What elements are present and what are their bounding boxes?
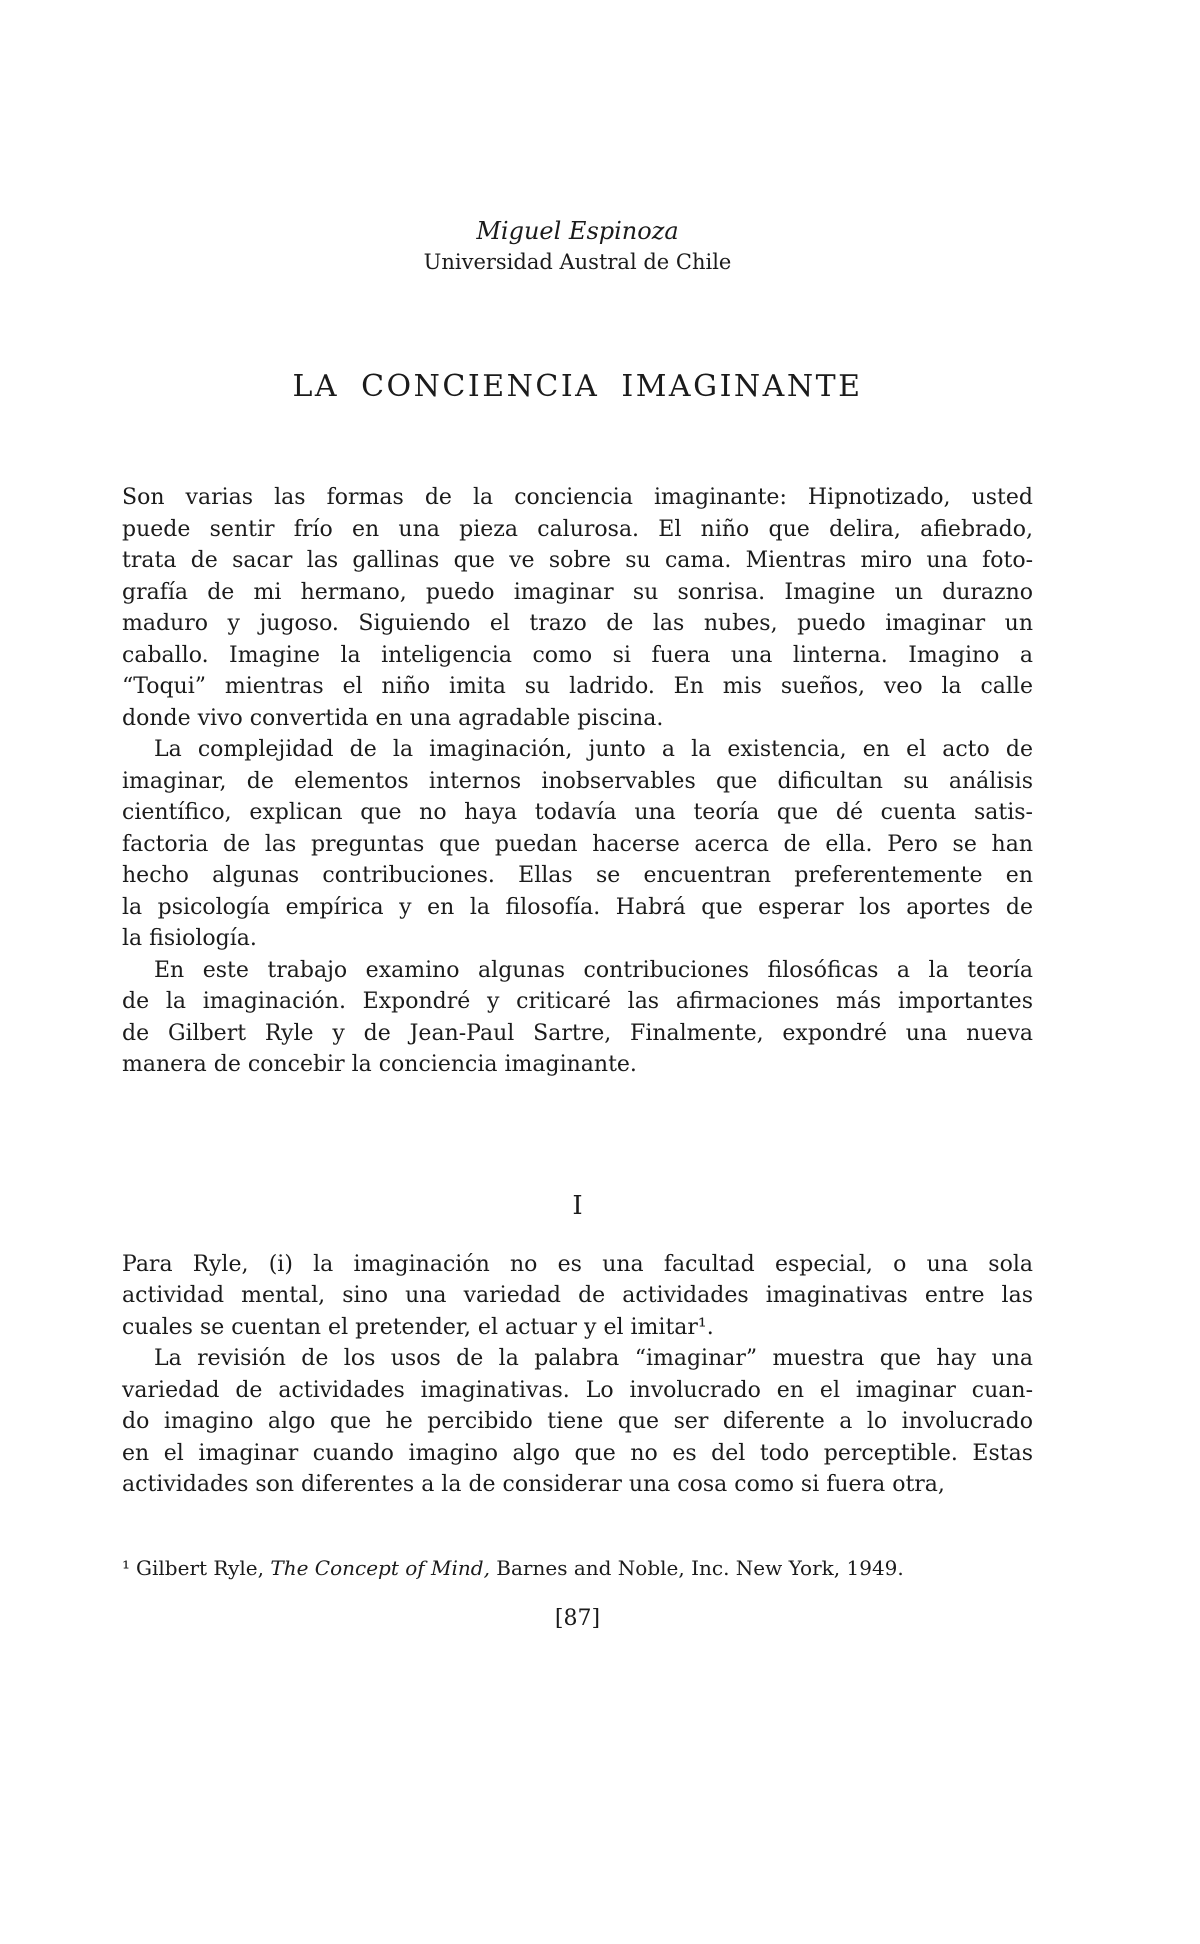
text-column: Miguel Espinoza Universidad Austral de C…: [122, 0, 1033, 1633]
footnote-book-title: The Concept of Mind,: [270, 1556, 490, 1580]
text-line: Para Ryle, (i) la imaginación no es una …: [122, 1249, 1033, 1281]
page-number: [87]: [122, 1605, 1033, 1633]
text-line: científico, explican que no haya todavía…: [122, 797, 1033, 829]
text-line: do imagino algo que he percibido tiene q…: [122, 1406, 1033, 1438]
text-line: donde vivo convertida en una agradable p…: [122, 703, 1033, 735]
text-line: La complejidad de la imaginación, junto …: [122, 734, 1033, 766]
text-line: La revisión de los usos de la palabra “i…: [122, 1343, 1033, 1375]
footnote-text-pre: Gilbert Ryle,: [136, 1556, 270, 1580]
text-line: variedad de actividades imaginativas. Lo…: [122, 1375, 1033, 1407]
text-line: cuales se cuentan el pretender, el actua…: [122, 1312, 1033, 1344]
text-line: “Toqui” mientras el niño imita su ladrid…: [122, 671, 1033, 703]
text-line: la fisiología.: [122, 923, 1033, 955]
text-line: factoria de las preguntas que puedan hac…: [122, 829, 1033, 861]
text-line: actividades son diferentes a la de consi…: [122, 1469, 1033, 1501]
text-line: manera de concebir la conciencia imagina…: [122, 1049, 1033, 1081]
footnote-marker: ¹: [122, 1556, 136, 1580]
author-name: Miguel Espinoza: [122, 216, 1033, 246]
paragraph: En este trabajo examino algunas contribu…: [122, 955, 1033, 1081]
text-line: maduro y jugoso. Siguiendo el trazo de l…: [122, 608, 1033, 640]
text-line: actividad mental, sino una variedad de a…: [122, 1280, 1033, 1312]
text-line: trata de sacar las gallinas que ve sobre…: [122, 545, 1033, 577]
paragraph: Para Ryle, (i) la imaginación no es una …: [122, 1249, 1033, 1344]
paragraph: La complejidad de la imaginación, junto …: [122, 734, 1033, 955]
author-block: Miguel Espinoza Universidad Austral de C…: [122, 216, 1033, 276]
author-affiliation: Universidad Austral de Chile: [122, 248, 1033, 276]
text-line: Son varias las formas de la conciencia i…: [122, 482, 1033, 514]
section-heading: I: [122, 1189, 1033, 1223]
paragraph: La revisión de los usos de la palabra “i…: [122, 1343, 1033, 1501]
text-line: hecho algunas contribuciones. Ellas se e…: [122, 860, 1033, 892]
section-paragraphs: Para Ryle, (i) la imaginación no es una …: [122, 1249, 1033, 1501]
scanned-paper-page: Miguel Espinoza Universidad Austral de C…: [0, 0, 1200, 1944]
text-line: puede sentir frío en una pieza calurosa.…: [122, 514, 1033, 546]
footnote: ¹Gilbert Ryle, The Concept of Mind, Barn…: [122, 1555, 1033, 1581]
text-line: grafía de mi hermano, puedo imaginar su …: [122, 577, 1033, 609]
text-line: caballo. Imagine la inteligencia como si…: [122, 640, 1033, 672]
paragraph: Son varias las formas de la conciencia i…: [122, 482, 1033, 734]
text-line: imaginar, de elementos internos inobserv…: [122, 766, 1033, 798]
text-line: en el imaginar cuando imagino algo que n…: [122, 1438, 1033, 1470]
text-line: En este trabajo examino algunas contribu…: [122, 955, 1033, 987]
intro-paragraphs: Son varias las formas de la conciencia i…: [122, 482, 1033, 1081]
paper-title: LA CONCIENCIA IMAGINANTE: [122, 368, 1033, 406]
text-line: de Gilbert Ryle y de Jean-Paul Sartre, F…: [122, 1018, 1033, 1050]
text-line: la psicología empírica y en la filosofía…: [122, 892, 1033, 924]
footnote-text-post: Barnes and Noble, Inc. New York, 1949.: [490, 1556, 904, 1580]
text-line: de la imaginación. Expondré y criticaré …: [122, 986, 1033, 1018]
